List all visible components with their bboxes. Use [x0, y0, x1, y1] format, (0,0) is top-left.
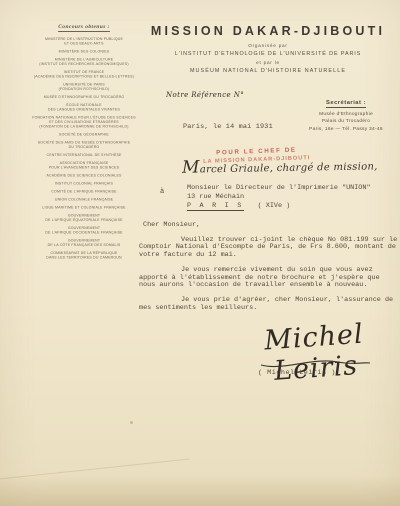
paper-speck: [130, 421, 133, 424]
secretariat-line: Musée d'Ethnographie: [300, 112, 392, 117]
signature-flourish: [258, 356, 373, 370]
sponsors-list: MINISTÈRE DE L'INSTRUCTION PUBLIQUE ET D…: [28, 37, 140, 260]
sponsor-item: SOCIÉTÉ DE GÉOGRAPHIE: [28, 133, 140, 138]
secretariat-line: Paris, 16e — Tél. Passy 34-46: [300, 127, 392, 132]
paragraph: Je vous remercie vivement du soin que vo…: [139, 267, 398, 290]
sponsor-item: MUSÉE D'ETHNOGRAPHIE DU TROCADÉRO: [28, 95, 140, 100]
recipient-city: P A R I S: [187, 202, 244, 212]
reference-label: Notre Référence N°: [166, 91, 244, 99]
sponsor-item: ASSOCIATION FRANÇAISE POUR L'AVANCEMENT …: [28, 161, 140, 170]
sponsor-item: CENTRE INTERNATIONAL DE SYNTHÈSE: [28, 153, 140, 158]
mission-title: MISSION DAKAR-DJIBOUTI: [140, 24, 396, 38]
sponsor-item: ACADÉMIE DES SCIENCES COLONIALES: [28, 174, 140, 179]
sponsor-item: UNION COLONIALE FRANÇAISE: [28, 198, 140, 203]
sponsor-item: INSTITUT DE FRANCE (ACADÉMIE DES INSCRIP…: [28, 70, 140, 79]
letter-page: Concours obtenus : MINISTÈRE DE L'INSTRU…: [0, 0, 400, 506]
sponsors-column: Concours obtenus : MINISTÈRE DE L'INSTRU…: [28, 15, 140, 490]
sponsor-item: ÉCOLE NATIONALE DES LANGUES ORIENTALES V…: [28, 103, 140, 112]
sponsor-item: UNIVERSITÉ DE PARIS (FONDATION ROTHSCHIL…: [28, 83, 140, 92]
secretariat-title: Secrétariat :: [326, 100, 366, 108]
secretariat-line: Palais du Trocadéro: [300, 119, 392, 124]
sponsor-item: GOUVERNEMENT DE L'AFRIQUE OCCIDENTALE FR…: [28, 226, 140, 235]
signature-typed: ( Michel Leiris ): [258, 369, 336, 377]
to-mark: à: [160, 188, 164, 196]
and-by-line: et par le: [140, 60, 396, 65]
recipient-line: 13 rue Méchain: [187, 193, 371, 202]
salutation: Cher Monsieur,: [143, 222, 398, 230]
sponsor-item: COMMISSARIAT DE LA RÉPUBLIQUE DANS LES T…: [28, 251, 140, 260]
sponsor-item: GOUVERNEMENT DE LA CÔTE FRANÇAISE DES SO…: [28, 239, 140, 248]
sponsor-item: FONDATION NATIONALE POUR L'ÉTUDE DES SCI…: [28, 116, 140, 130]
sponsor-item: MINISTÈRE DE L'AGRICULTURE (INSTITUT DES…: [28, 58, 140, 67]
sponsor-item: MINISTÈRE DE L'INSTRUCTION PUBLIQUE ET D…: [28, 37, 140, 46]
sponsors-title: Concours obtenus :: [58, 24, 110, 32]
recipient-city-line: P A R I S ( XIVe ): [187, 202, 371, 211]
recipient-line: Monsieur le Directeur de l'Imprimerie "U…: [187, 184, 371, 193]
sponsor-item: LIGUE MARITIME ET COLONIALE FRANÇAISE: [28, 206, 140, 211]
sponsor-item: INSTITUT COLONIAL FRANÇAIS: [28, 182, 140, 187]
sponsor-item: GOUVERNEMENT DE L'AFRIQUE ÉQUATORIALE FR…: [28, 214, 140, 223]
dateline: Paris, le 14 mai 1931: [183, 123, 273, 131]
museum-line: MUSÉUM NATIONAL D'HISTOIRE NATURELLE: [140, 68, 396, 74]
organised-by-line: Organisée par: [140, 43, 396, 48]
letterhead: MISSION DAKAR-DJIBOUTI Organisée par L'I…: [140, 24, 396, 74]
paragraph: Veuillez trouver ci-joint le chèque No 0…: [139, 237, 398, 260]
recipient-block: Monsieur le Directeur de l'Imprimerie "U…: [187, 184, 371, 210]
recipient-district: ( XIVe ): [258, 202, 291, 210]
institute-line: L'INSTITUT D'ETHNOLOGIE DE L'UNIVERSITÉ …: [140, 51, 396, 57]
sponsor-item: COMITÉ DE L'AFRIQUE FRANÇAISE: [28, 190, 140, 195]
letter-body: Cher Monsieur, Veuillez trouver ci-joint…: [139, 222, 398, 319]
signature-script: Michel Leiris: [248, 318, 382, 389]
sponsor-item: MINISTÈRE DES COLONIES: [28, 50, 140, 55]
paragraph: Je vous prie d'agréer, cher Monsieur, l'…: [139, 297, 398, 312]
secretariat-block: Secrétariat : Musée d'Ethnographie Palai…: [300, 91, 392, 132]
sponsor-item: SOCIÉTÉ DES AMIS DU MUSÉE D'ETHNOGRAPHIE…: [28, 141, 140, 150]
